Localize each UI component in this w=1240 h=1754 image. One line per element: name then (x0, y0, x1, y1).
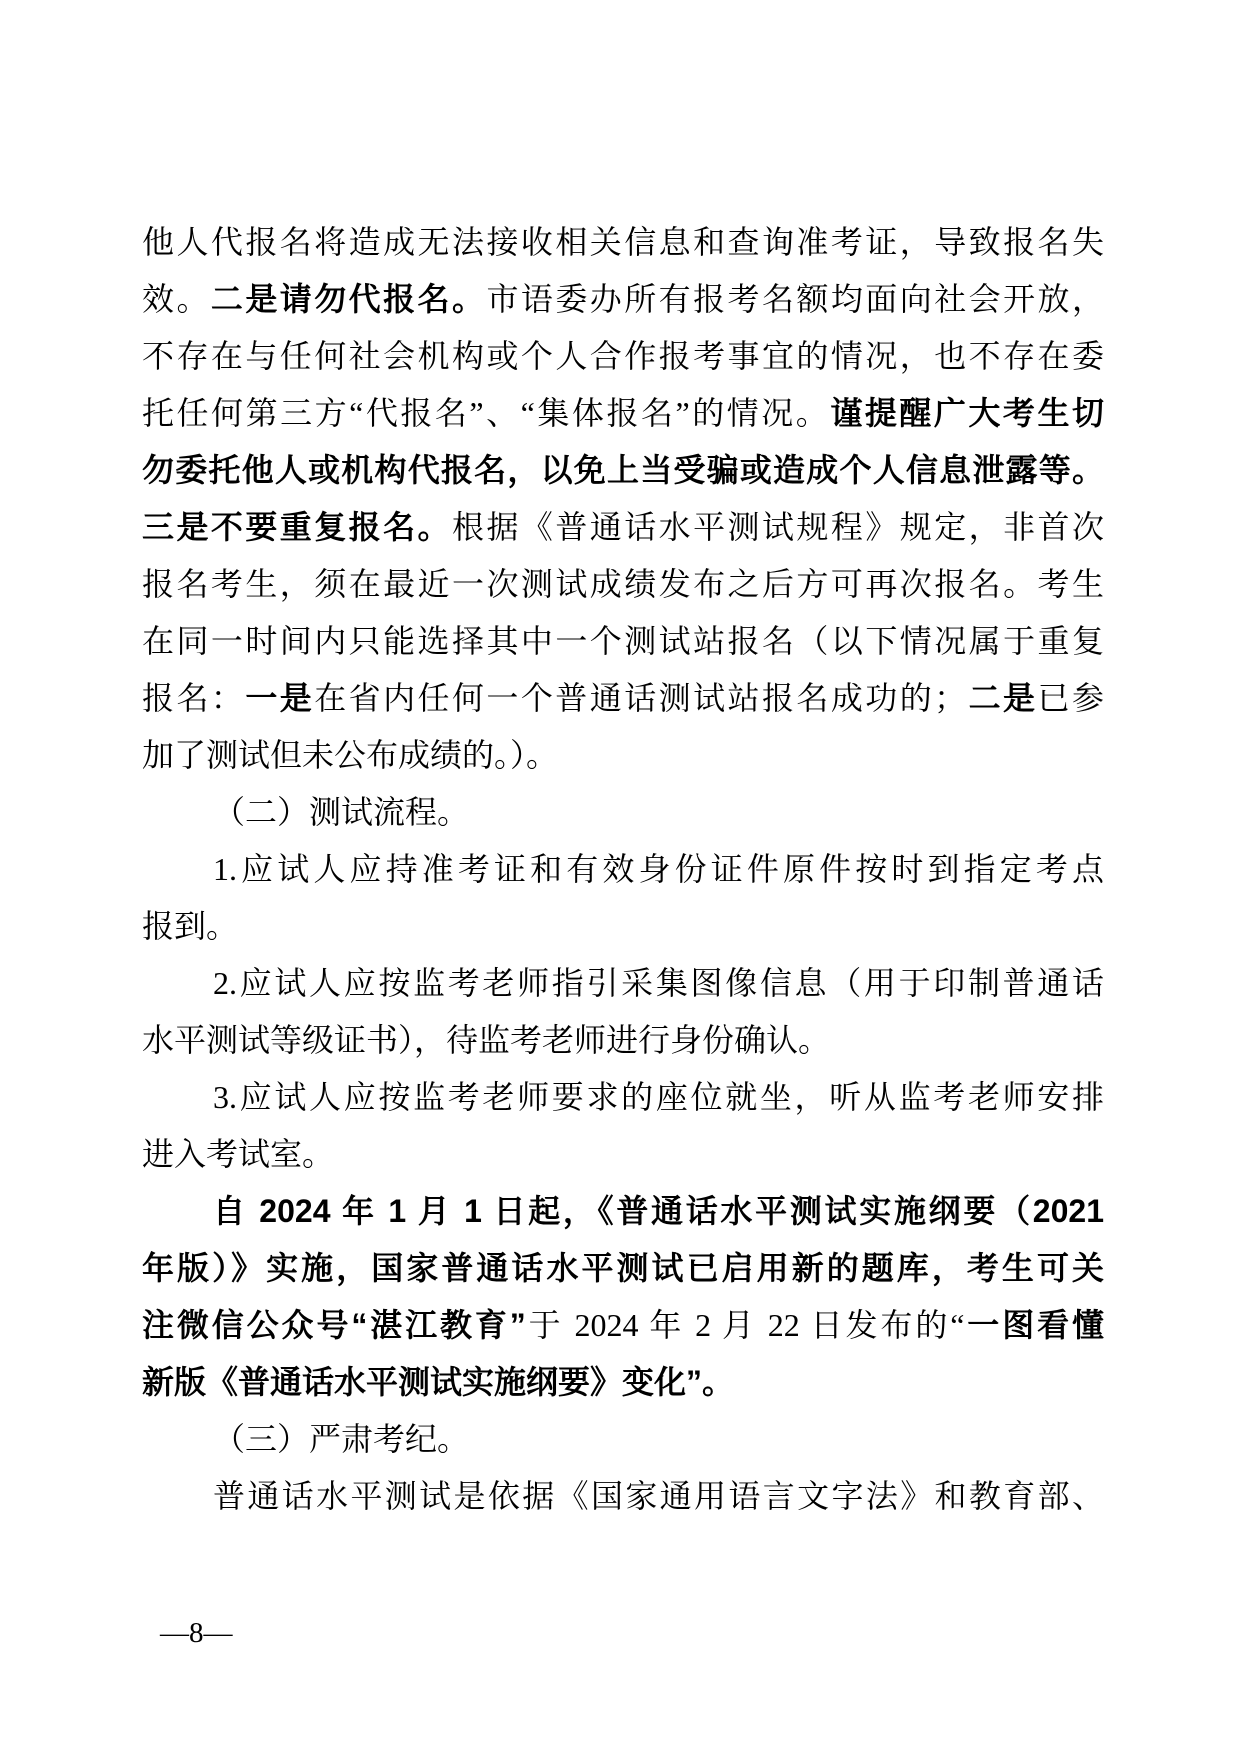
text-line: 水平测试等级证书），待监考老师进行身份确认。 (142, 1012, 1104, 1069)
body-text: 市语委办所有报考名额均面向社会开放， (486, 281, 1104, 317)
notice-text: 年版）》实施，国家普通话水平测试已启用新的题库，考生可关 (142, 1250, 1104, 1286)
body-text: 不存在与任何社会机构或个人合作报考事宜的情况，也不存在委 (142, 338, 1104, 374)
document-body: 他人代报名将造成无法接收相关信息和查询准考证，导致报名失效。二是请勿代报名。市语… (142, 214, 1104, 1525)
body-text: 根据《普通话水平测试规程》规定，非首次 (452, 509, 1104, 545)
emphasis-text: 谨提醒广大考生切 (830, 395, 1104, 431)
text-line: 3.应试人应按监考老师要求的座位就坐，听从监考老师安排 (142, 1069, 1104, 1126)
text-line: 勿委托他人或机构代报名，以免上当受骗或造成个人信息泄露等。 (142, 442, 1104, 499)
text-line: 2.应试人应按监考老师指引采集图像信息（用于印制普通话 (142, 955, 1104, 1012)
text-line: 自 2024 年 1 月 1 日起，《普通话水平测试实施纲要（2021 (142, 1183, 1104, 1240)
emphasis-text: 三是不要重复报名。 (142, 509, 452, 545)
text-line: 注微信公众号“湛江教育”于 2024 年 2 月 22 日发布的“一图看懂 (142, 1297, 1104, 1354)
text-line: 效。二是请勿代报名。市语委办所有报考名额均面向社会开放， (142, 271, 1104, 328)
document-page: 他人代报名将造成无法接收相关信息和查询准考证，导致报名失效。二是请勿代报名。市语… (0, 0, 1240, 1754)
text-line: 新版《普通话水平测试实施纲要》变化”。 (142, 1354, 1104, 1411)
text-line: 托任何第三方“代报名”、“集体报名”的情况。谨提醒广大考生切 (142, 385, 1104, 442)
body-text: 加了测试但未公布成绩的。）。 (142, 737, 558, 773)
body-text: 报名考生，须在最近一次测试成绩发布之后方可再次报名。考生 (142, 566, 1104, 602)
text-line: 报到。 (142, 898, 1104, 955)
notice-text: 注微信公众号“湛江教育” (142, 1307, 526, 1343)
emphasis-text: 勿委托他人或机构代报名，以免上当受骗或造成个人信息泄露等。 (142, 452, 1104, 488)
text-line: （三）严肃考纪。 (142, 1411, 1104, 1468)
emphasis-text: 二是请勿代报名。 (211, 281, 487, 317)
body-text: 报到。 (142, 908, 238, 944)
body-text: 普通话水平测试是依据《国家通用语言文字法》和教育部、 (213, 1478, 1104, 1514)
emphasis-text: 二是 (966, 680, 1037, 716)
text-line: 加了测试但未公布成绩的。）。 (142, 727, 1104, 784)
notice-text: 一图看懂 (964, 1307, 1104, 1343)
text-line: 报名：一是在省内任何一个普通话测试站报名成功的；二是已参 (142, 670, 1104, 727)
body-text: 托任何第三方“代报名”、“集体报名”的情况。 (142, 395, 830, 431)
emphasis-text: 一是 (245, 680, 314, 716)
text-line: 进入考试室。 (142, 1126, 1104, 1183)
body-text: 进入考试室。 (142, 1136, 334, 1172)
text-line: 不存在与任何社会机构或个人合作报考事宜的情况，也不存在委 (142, 328, 1104, 385)
text-line: 1.应试人应持准考证和有效身份证件原件按时到指定考点 (142, 841, 1104, 898)
text-line: 他人代报名将造成无法接收相关信息和查询准考证，导致报名失 (142, 214, 1104, 271)
text-line: 在同一时间内只能选择其中一个测试站报名（以下情况属于重复 (142, 613, 1104, 670)
text-line: 报名考生，须在最近一次测试成绩发布之后方可再次报名。考生 (142, 556, 1104, 613)
body-text: 他人代报名将造成无法接收相关信息和查询准考证，导致报名失 (142, 224, 1104, 260)
body-text: 在省内任何一个普通话测试站报名成功的； (314, 680, 966, 716)
text-line: 三是不要重复报名。根据《普通话水平测试规程》规定，非首次 (142, 499, 1104, 556)
body-text: 3.应试人应按监考老师要求的座位就坐，听从监考老师安排 (213, 1079, 1104, 1115)
page-number: —8— (160, 1615, 233, 1651)
body-text: 已参 (1038, 680, 1104, 716)
body-text: 在同一时间内只能选择其中一个测试站报名（以下情况属于重复 (142, 623, 1104, 659)
body-text: （二）测试流程。 (213, 794, 469, 830)
body-text: 1.应试人应持准考证和有效身份证件原件按时到指定考点 (213, 851, 1104, 887)
body-text: 于 2024 年 2 月 22 日发布的“ (526, 1307, 965, 1343)
body-text: 报名： (142, 680, 245, 716)
notice-text: 自 2024 年 1 月 1 日起，《普通话水平测试实施纲要（2021 (213, 1193, 1104, 1229)
body-text: 水平测试等级证书），待监考老师进行身份确认。 (142, 1022, 830, 1058)
body-text: 2.应试人应按监考老师指引采集图像信息（用于印制普通话 (213, 965, 1104, 1001)
text-line: 年版）》实施，国家普通话水平测试已启用新的题库，考生可关 (142, 1240, 1104, 1297)
text-line: （二）测试流程。 (142, 784, 1104, 841)
body-text: 效。 (142, 281, 211, 317)
text-line: 普通话水平测试是依据《国家通用语言文字法》和教育部、 (142, 1468, 1104, 1525)
body-text: （三）严肃考纪。 (213, 1421, 469, 1457)
notice-text: 新版《普通话水平测试实施纲要》变化”。 (142, 1364, 734, 1400)
